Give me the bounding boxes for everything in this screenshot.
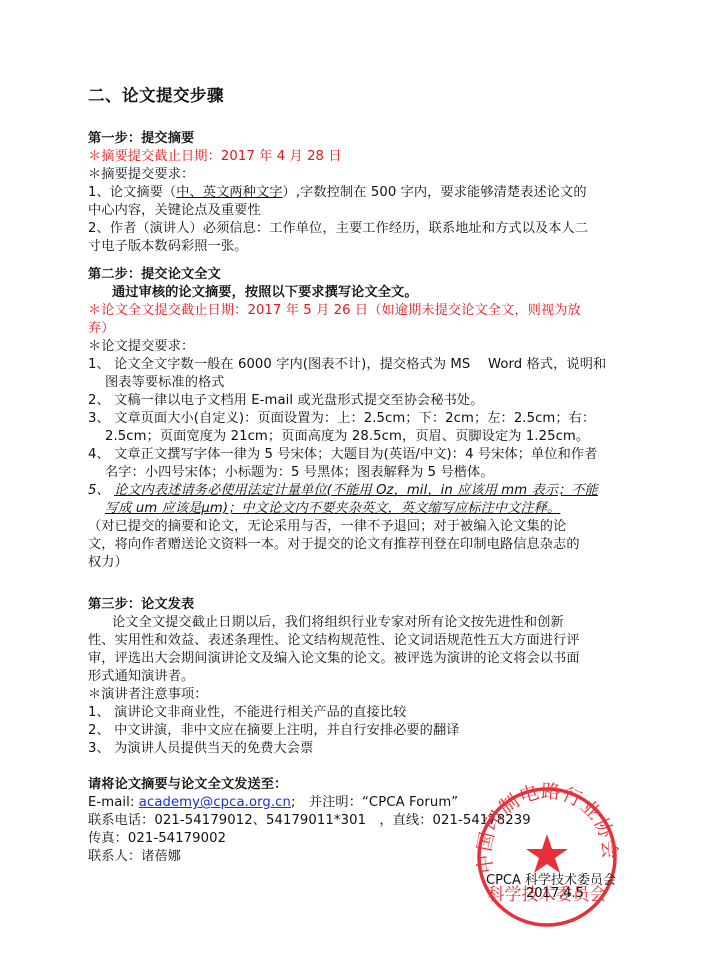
contact-fax: 传真：021-54179002 [88,830,226,848]
step1-deadline: ＊摘要提交截止日期：2017 年 4 月 28 日 [88,148,342,166]
official-seal: 中国印制电路行业协会 科学技术委员会 [472,782,622,932]
step3-para-line2: 性、实用性和效益、表述条理性、论文结构规范性、论文词语规范性五大方面进行评 [88,632,580,650]
step2-item1-line1: 1、 论文全文字数一般在 6000 字内(图表不计)，提交格式为 MS Word… [88,356,606,374]
step2-note-line2: 文，将向作者赠送论文资料一本。对于提交的论文有推荐刊登在印制电路信息杂志的 [88,536,580,554]
step2-item5-line1: 5、 论文内表述请务必使用法定计量单位(不能用 Oz，mil，in 应该用 mm… [88,482,598,500]
step2-item2-line1: 2、 文稿一律以电子文档用 E-mail 或光盘形式提交至协会秘书处。 [88,392,484,410]
step2-item5-line2: 写成 um 应该是μm)；中文论文内不要夹杂英文，英文缩写应标注中文注释。 [105,500,560,518]
step2-item5-number: 5、 [88,483,110,498]
email-note: ; 并注明：“CPCA Forum” [291,795,458,810]
step2-note-line3: 权力） [88,554,128,572]
step2-item4-line1: 4、 文章正文撰写字体一律为 5 号宋体；大题目为(英语/中文)：4 号宋体；单… [88,446,597,464]
email-label: E-mail: [88,795,139,810]
step2-item3-line1: 3、 文章页面大小(自定义)：页面设置为：上：2.5cm；下：2cm；左：2.5… [88,410,595,428]
step1-item1: 1、论文摘要（中、英文两种文字）,字数控制在 500 字内，要求能够清楚表述论文… [88,184,587,202]
contact-heading: 请将论文摘要与论文全文发送至： [88,776,287,794]
step3-para-line4: 形式通知演讲者。 [88,668,194,686]
step1-item1-prefix: 1、论文摘要（ [88,185,176,200]
step2-heading: 第二步：提交论文全文 [88,266,221,284]
step2-item4-line2: 名字：小四号宋体；小标题为：5 号黑体；图表解释为 5 号楷体。 [105,464,494,482]
step1-heading: 第一步：提交摘要 [88,130,194,148]
contact-person: 联系人：诸蓓娜 [88,848,181,866]
step3-note-2: 2、 中文讲演，非中文应在摘要上注明，并自行安排必要的翻译 [88,722,460,740]
contact-email-line: E-mail: academy@cpca.org.cn; 并注明：“CPCA F… [88,794,458,812]
step2-intro: 通过审核的论文摘要，按照以下要求撰写论文全文。 [112,284,418,302]
document-page: 二、论文提交步骤 第一步：提交摘要 ＊摘要提交截止日期：2017 年 4 月 2… [0,0,720,977]
step1-item2-line2: 寸电子版本数码彩照一张。 [88,238,247,256]
step2-note-line1: （对已提交的摘要和论文，无论采用与否，一律不予退回；对于被编入论文集的论 [88,518,566,536]
step3-para-line3: 审，评选出大会期间演讲论文及编入论文集的论文。被评选为演讲的论文将会以书面 [88,650,580,668]
star-icon [526,834,568,873]
step3-notes-label: ＊演讲者注意事项： [88,686,208,704]
step2-item5-text: 论文内表述请务必使用法定计量单位(不能用 Oz，mil，in 应该用 mm 表示… [114,483,598,498]
section-title: 二、论文提交步骤 [88,87,224,105]
step1-item2-line1: 2、作者（演讲人）必须信息：工作单位，主要工作经历，联系地址和方式以及本人二 [88,220,588,238]
step2-item3-line2: 2.5cm；页面宽度为 21cm；页面高度为 28.5cm，页眉、页脚设定为 1… [105,428,589,446]
signature-date: 2017.4.5 [526,886,584,901]
step2-item1-line2: 图表等要标准的格式 [105,374,225,392]
step3-para-line1: 论文全文提交截止日期以后，我们将组织行业专家对所有论文按先进性和创新 [112,614,564,632]
step1-item1-suffix: ）,字数控制在 500 字内，要求能够清楚表述论文的 [283,185,587,200]
step3-note-3: 3、 为演讲人员提供当天的免费大会票 [88,740,313,758]
step2-deadline-line2: 弃） [88,320,115,338]
step1-item1-line2: 中心内容，关键论点及重要性 [88,202,261,220]
step1-item1-underlined: 中、英文两种文字 [176,185,282,200]
step2-deadline-line1: ＊论文全文提交截止日期：2017 年 5 月 26 日（如逾期未提交论文全文，则… [88,302,581,320]
step1-req-label: ＊摘要提交要求： [88,166,194,184]
step2-req-label: ＊论文提交要求： [88,338,194,356]
step3-heading: 第三步：论文发表 [88,596,194,614]
email-link[interactable]: academy@cpca.org.cn [139,795,291,810]
seal-icon: 中国印制电路行业协会 科学技术委员会 [472,782,622,932]
step3-note-1: 1、 演讲论文非商业性，不能进行相关产品的直接比较 [88,704,406,722]
contact-phone: 联系电话：021-54179012、54179011*301 ，直线：021-5… [88,812,531,830]
